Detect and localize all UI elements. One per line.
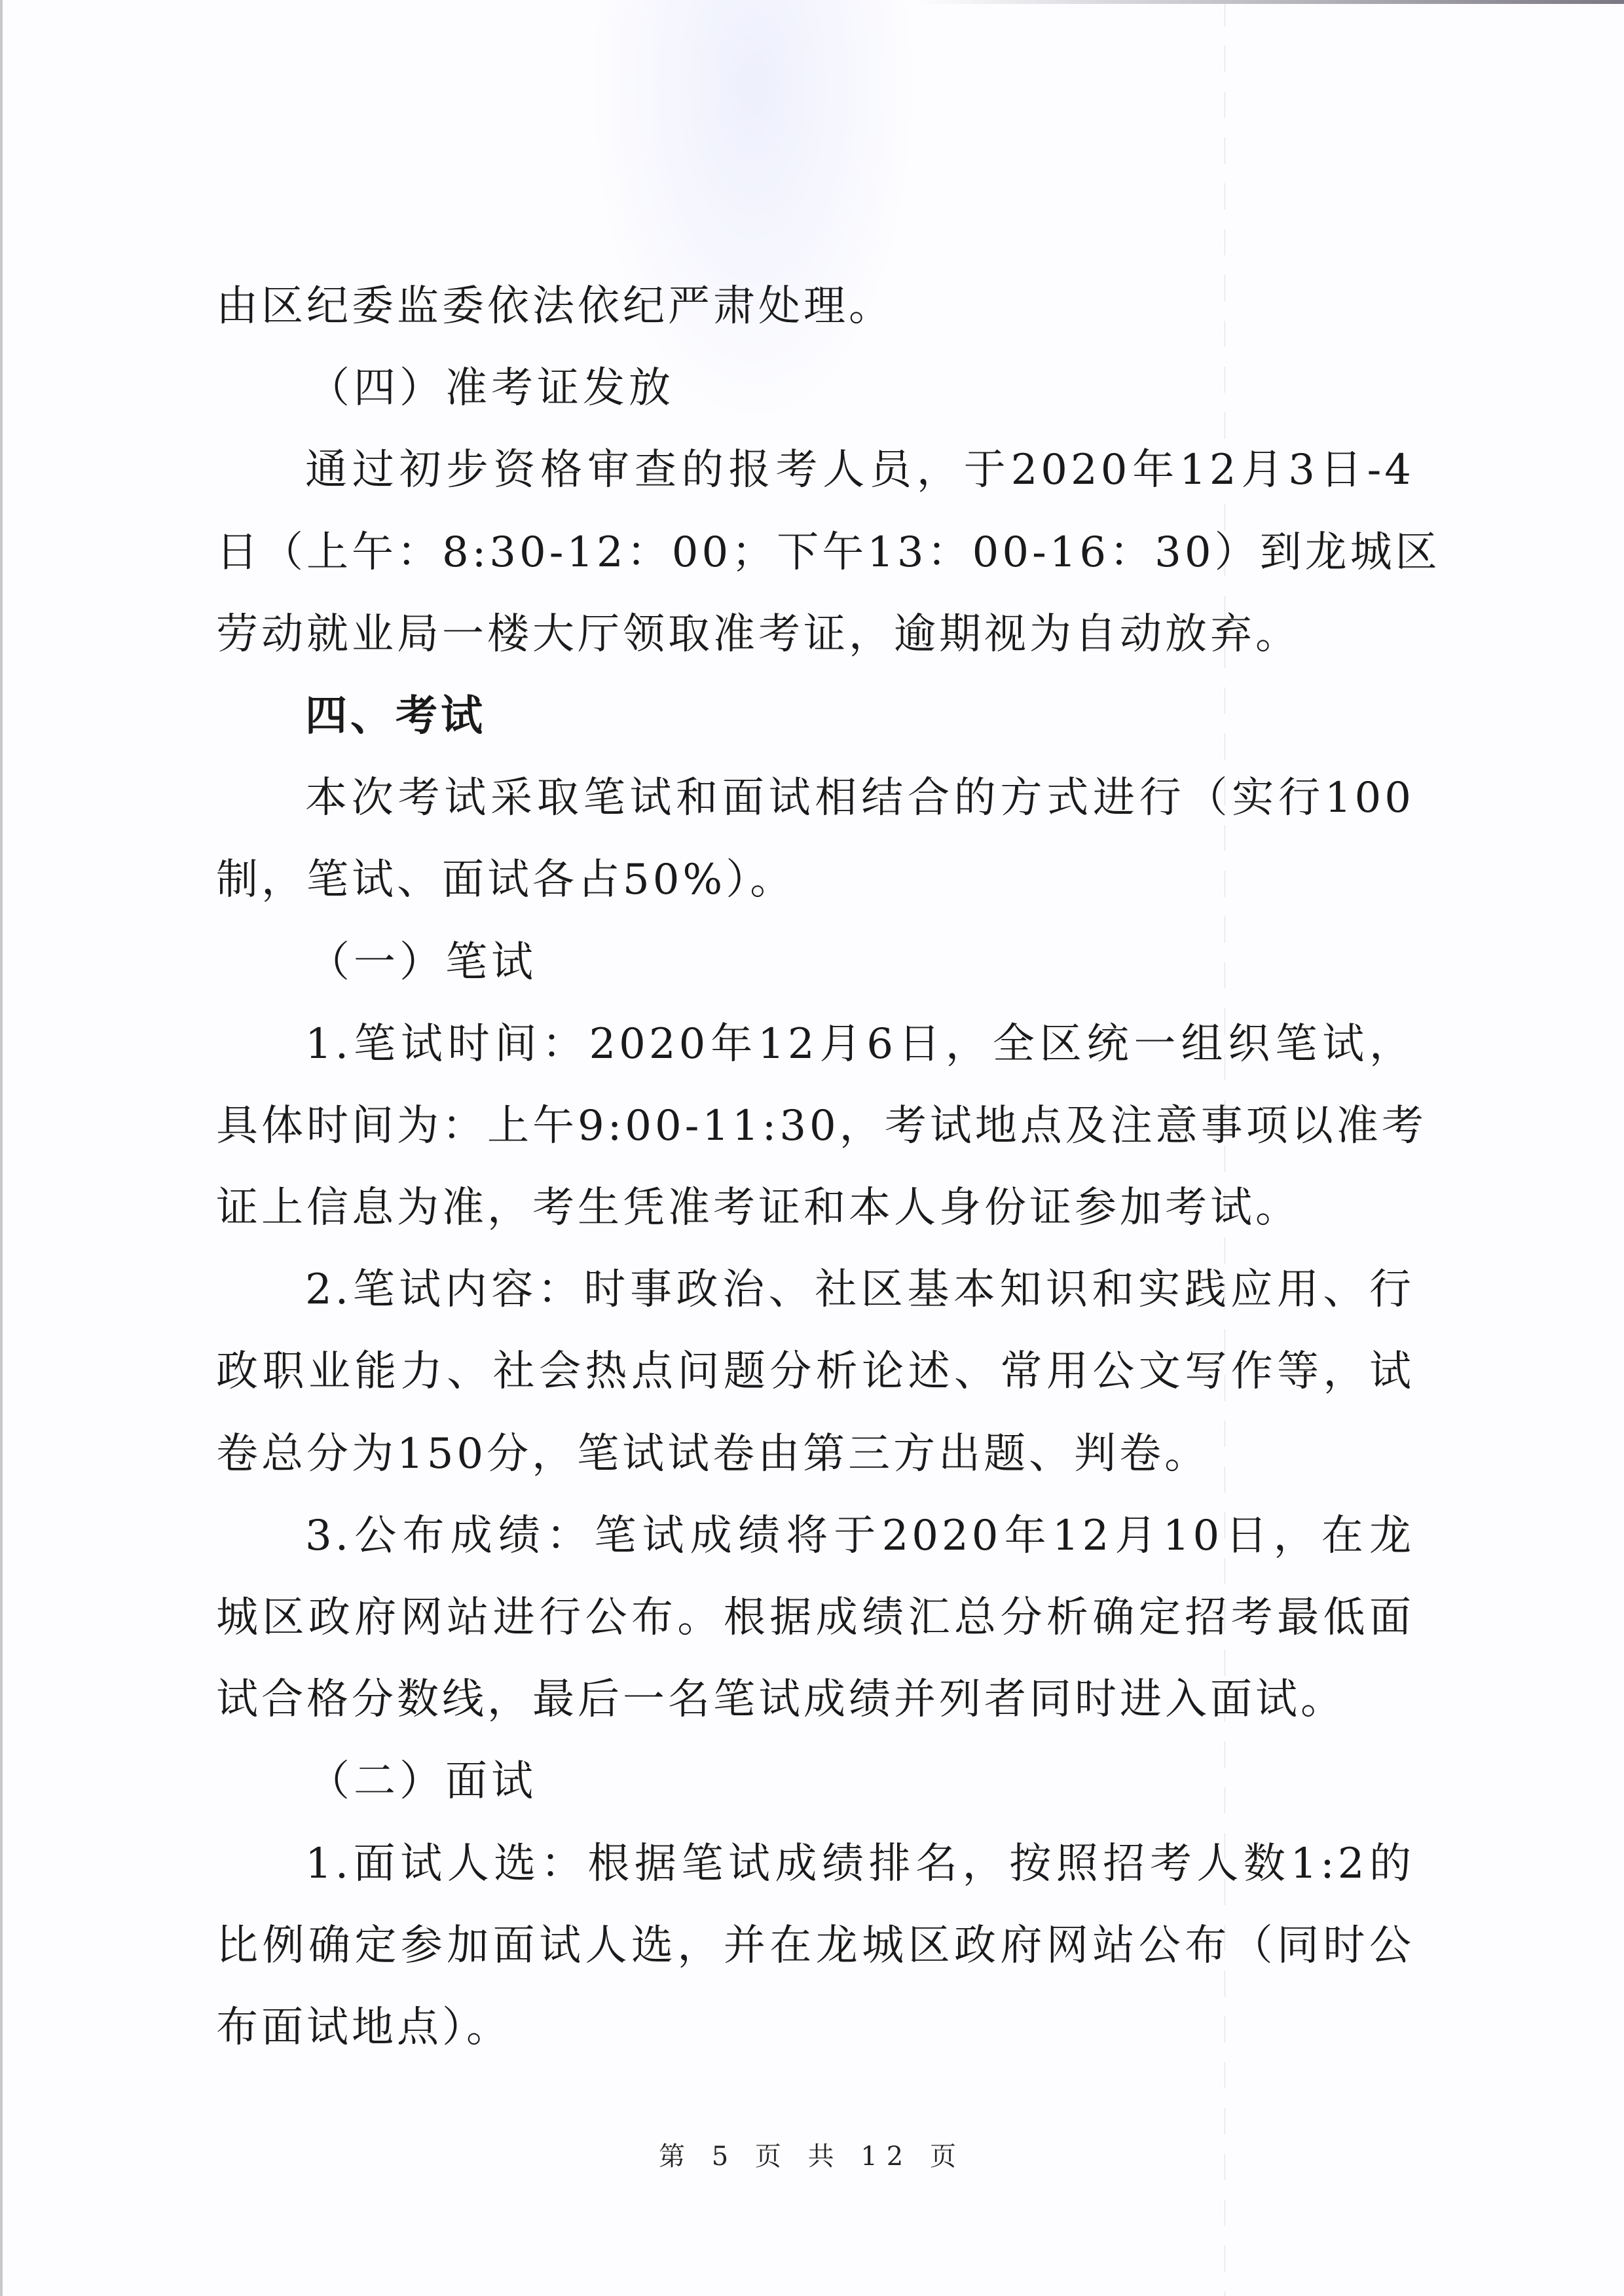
paragraph-line: 比例确定参加面试人选，并在龙城区政府网站公布（同时公: [216, 1913, 1414, 1995]
page-number-footer: 第 5 页 共 12 页: [0, 2136, 1624, 2173]
paragraph-line: 证上信息为准，考生凭准考证和本人身份证参加考试。: [216, 1175, 1414, 1257]
section-heading-admission-ticket: （四）准考证发放: [216, 355, 1414, 437]
paragraph-line: 2.笔试内容：时事政治、社区基本知识和实践应用、行: [216, 1257, 1414, 1339]
paragraph-line: 本次考试采取笔试和面试相结合的方式进行（实行100: [216, 765, 1414, 847]
paragraph-line: 通过初步资格审查的报考人员，于2020年12月3日-4: [216, 437, 1414, 519]
paragraph-line: 劳动就业局一楼大厅领取准考证，逾期视为自动放弃。: [216, 602, 1414, 683]
paragraph-line: 卷总分为150分，笔试试卷由第三方出题、判卷。: [216, 1421, 1414, 1503]
section-heading-exam: 四、考试: [216, 683, 1414, 765]
paragraph-line: 1.笔试时间：2020年12月6日，全区统一组织笔试，: [216, 1011, 1414, 1093]
paragraph-line: 日（上午：8:30-12：00；下午13：00-16：30）到龙城区: [216, 520, 1414, 602]
paragraph-line: 政职业能力、社会热点问题分析论述、常用公文写作等，试: [216, 1339, 1414, 1421]
document-body: 由区纪委监委依法依纪严肃处理。 （四）准考证发放 通过初步资格审查的报考人员，于…: [216, 274, 1414, 2077]
paragraph-line: 布面试地点）。: [216, 1995, 1414, 2077]
paragraph-line: 由区纪委监委依法依纪严肃处理。: [216, 274, 1414, 355]
paragraph-line: 3.公布成绩：笔试成绩将于2020年12月10日，在龙: [216, 1503, 1414, 1585]
scan-left-edge: [0, 0, 3, 2296]
paragraph-line: 具体时间为：上午9:00-11:30，考试地点及注意事项以准考: [216, 1093, 1414, 1175]
paragraph-line: 1.面试人选：根据笔试成绩排名，按照招考人数1:2的: [216, 1831, 1414, 1913]
paragraph-line: 城区政府网站进行公布。根据成绩汇总分析确定招考最低面: [216, 1585, 1414, 1667]
section-heading-interview: （二）面试: [216, 1749, 1414, 1831]
scan-top-edge: [917, 0, 1624, 4]
paragraph-line: 试合格分数线，最后一名笔试成绩并列者同时进入面试。: [216, 1667, 1414, 1749]
paragraph-line: 制，笔试、面试各占50%）。: [216, 847, 1414, 929]
section-heading-written-exam: （一）笔试: [216, 930, 1414, 1011]
